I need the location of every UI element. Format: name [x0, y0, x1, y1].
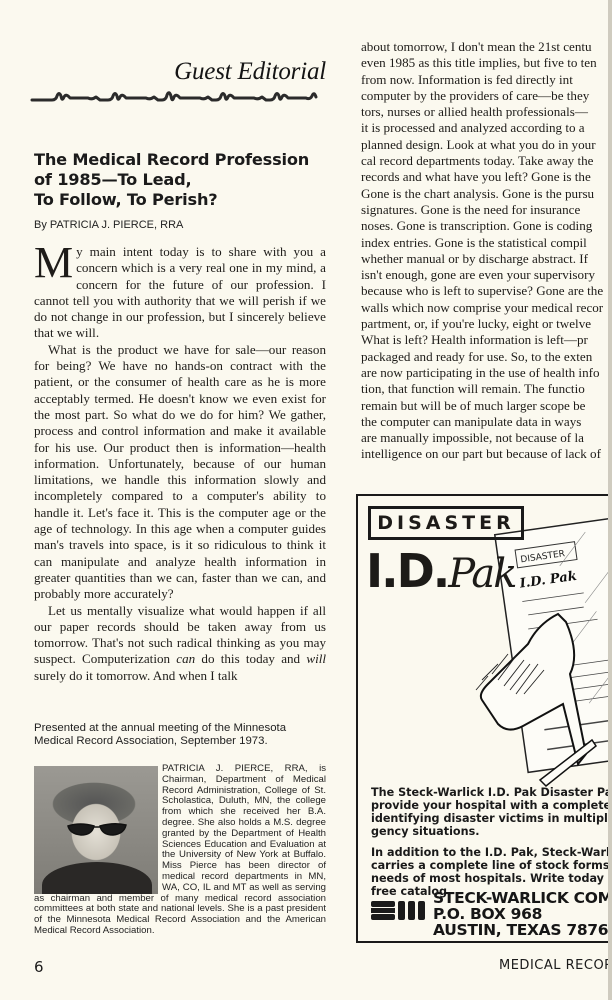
paragraph-text: surely do it tomorrow. And when I talk — [34, 668, 238, 683]
text-line: records and what have you left? Gone is … — [361, 169, 612, 185]
text-line: intelligence on our part but because of … — [361, 446, 612, 462]
author-bio: PATRICIA J. PIERCE, RRA, is Chairman, De… — [34, 764, 326, 937]
ad-line: The Steck-Warlick I.D. Pak Disaster Pack… — [371, 786, 612, 799]
company-address: STECK-WARLICK COMPAN P.O. BOX 968 AUSTIN… — [433, 890, 612, 938]
text-line: whether manual or by discharge abstract.… — [361, 251, 612, 267]
ad-line: gency situations. — [371, 825, 479, 838]
page-number: 6 — [34, 958, 44, 976]
text-line: signatures. Gone is the need for insuran… — [361, 202, 612, 218]
article-body-left: My main intent today is to share with yo… — [34, 244, 326, 684]
ad-line: In addition to the I.D. Pak, Steck-Warli… — [371, 846, 612, 859]
text-line: partment, or, if you're lucky, eight or … — [361, 316, 612, 332]
text-line: isn't enough, gone are even your supervi… — [361, 267, 612, 283]
photo-spacer — [34, 764, 162, 891]
text-line: even 1985 as this title implies, but fiv… — [361, 55, 612, 71]
ad-footer: STECK-WARLICK COMPAN P.O. BOX 968 AUSTIN… — [371, 890, 612, 938]
text-line: about tomorrow, I don't mean the 21st ce… — [361, 39, 612, 55]
text-line: cal record departments today. Take away … — [361, 153, 612, 169]
page-edge — [608, 0, 612, 1000]
article-title-line: of 1985—To Lead, — [34, 170, 326, 190]
presentation-note: Presented at the annual meeting of the M… — [34, 722, 326, 748]
ad-copy: The Steck-Warlick I.D. Pak Disaster Pack… — [371, 786, 612, 898]
ad-line: carries a complete line of stock forms t… — [371, 859, 612, 872]
article-title: The Medical Record Profession of 1985—To… — [34, 150, 326, 210]
emphasis-text: will — [306, 651, 326, 666]
address-line: STECK-WARLICK COMPAN — [433, 890, 612, 906]
paragraph-text: do this today and — [201, 651, 300, 666]
running-footer: MEDICAL RECORD N — [499, 958, 612, 973]
text-line: computer by the providers of care—be the… — [361, 88, 612, 104]
address-line: AUSTIN, TEXAS 78767 — [433, 922, 612, 938]
text-line: are now participating in the use of heal… — [361, 365, 612, 381]
paragraph-text: y main intent today is to share with you… — [34, 244, 326, 340]
text-line: the computer can manipulate data in ways — [361, 414, 612, 430]
ad-headline: DISASTER — [368, 506, 524, 540]
text-line: tors, nurses or allied health profession… — [361, 104, 612, 120]
byline: By PATRICIA J. PIERCE, RRA — [34, 219, 183, 231]
address-line: P.O. BOX 968 — [433, 906, 612, 922]
ad-paragraph-1: The Steck-Warlick I.D. Pak Disaster Pack… — [371, 786, 612, 838]
article-title-line: To Follow, To Perish? — [34, 190, 326, 210]
text-line: are manually impossible, not because of … — [361, 430, 612, 446]
text-line: it is processed and analyzed according t… — [361, 120, 612, 136]
product-bold: I.D. — [366, 544, 448, 598]
steck-warlick-advertisement: DISASTER I.D. Pak — [356, 494, 612, 943]
text-line: noses. Gone is transcription. Gone is co… — [361, 218, 612, 234]
article-body-right: about tomorrow, I don't mean the 21st ce… — [361, 39, 612, 463]
product-script: Pak — [448, 551, 515, 597]
text-line: tion, that function will remain. The fun… — [361, 381, 612, 397]
text-line: packaged and ready for use. So, to the e… — [361, 349, 612, 365]
ad-line: provide your hospital with a complete sy… — [371, 799, 612, 812]
text-line: Gone is the chart analysis. Gone is the … — [361, 186, 612, 202]
text-line: because who is left to supervise? Gone a… — [361, 283, 612, 299]
text-line: walls which now comprise your medical re… — [361, 300, 612, 316]
text-line: What is left? Health information is left… — [361, 332, 612, 348]
paragraph-3: Let us mentally visualize what would hap… — [34, 603, 326, 684]
text-line: index entries. Gone is the statistical c… — [361, 235, 612, 251]
article-title-line: The Medical Record Profession — [34, 150, 326, 170]
steck-warlick-logo-icon — [371, 899, 425, 921]
text-line: remain but will be of much larger scope … — [361, 398, 612, 414]
ad-line: needs of most hospitals. Write today for… — [371, 872, 612, 885]
ad-product-name: I.D.Pak — [366, 548, 515, 597]
paragraph-1: My main intent today is to share with yo… — [34, 244, 326, 342]
section-heading: Guest Editorial — [174, 58, 326, 86]
wavy-ornament-icon — [30, 88, 320, 108]
drop-cap: M — [34, 246, 73, 280]
paragraph-2: What is the product we have for sale—our… — [34, 342, 326, 603]
ad-line: identifying disaster victims in multiple… — [371, 812, 612, 825]
text-line: planned design. Look at what you do in y… — [361, 137, 612, 153]
text-line: from now. Information is fed directly in… — [361, 72, 612, 88]
magazine-page: Guest Editorial The Medical Record Profe… — [0, 0, 612, 1000]
emphasis-text: can — [176, 651, 195, 666]
